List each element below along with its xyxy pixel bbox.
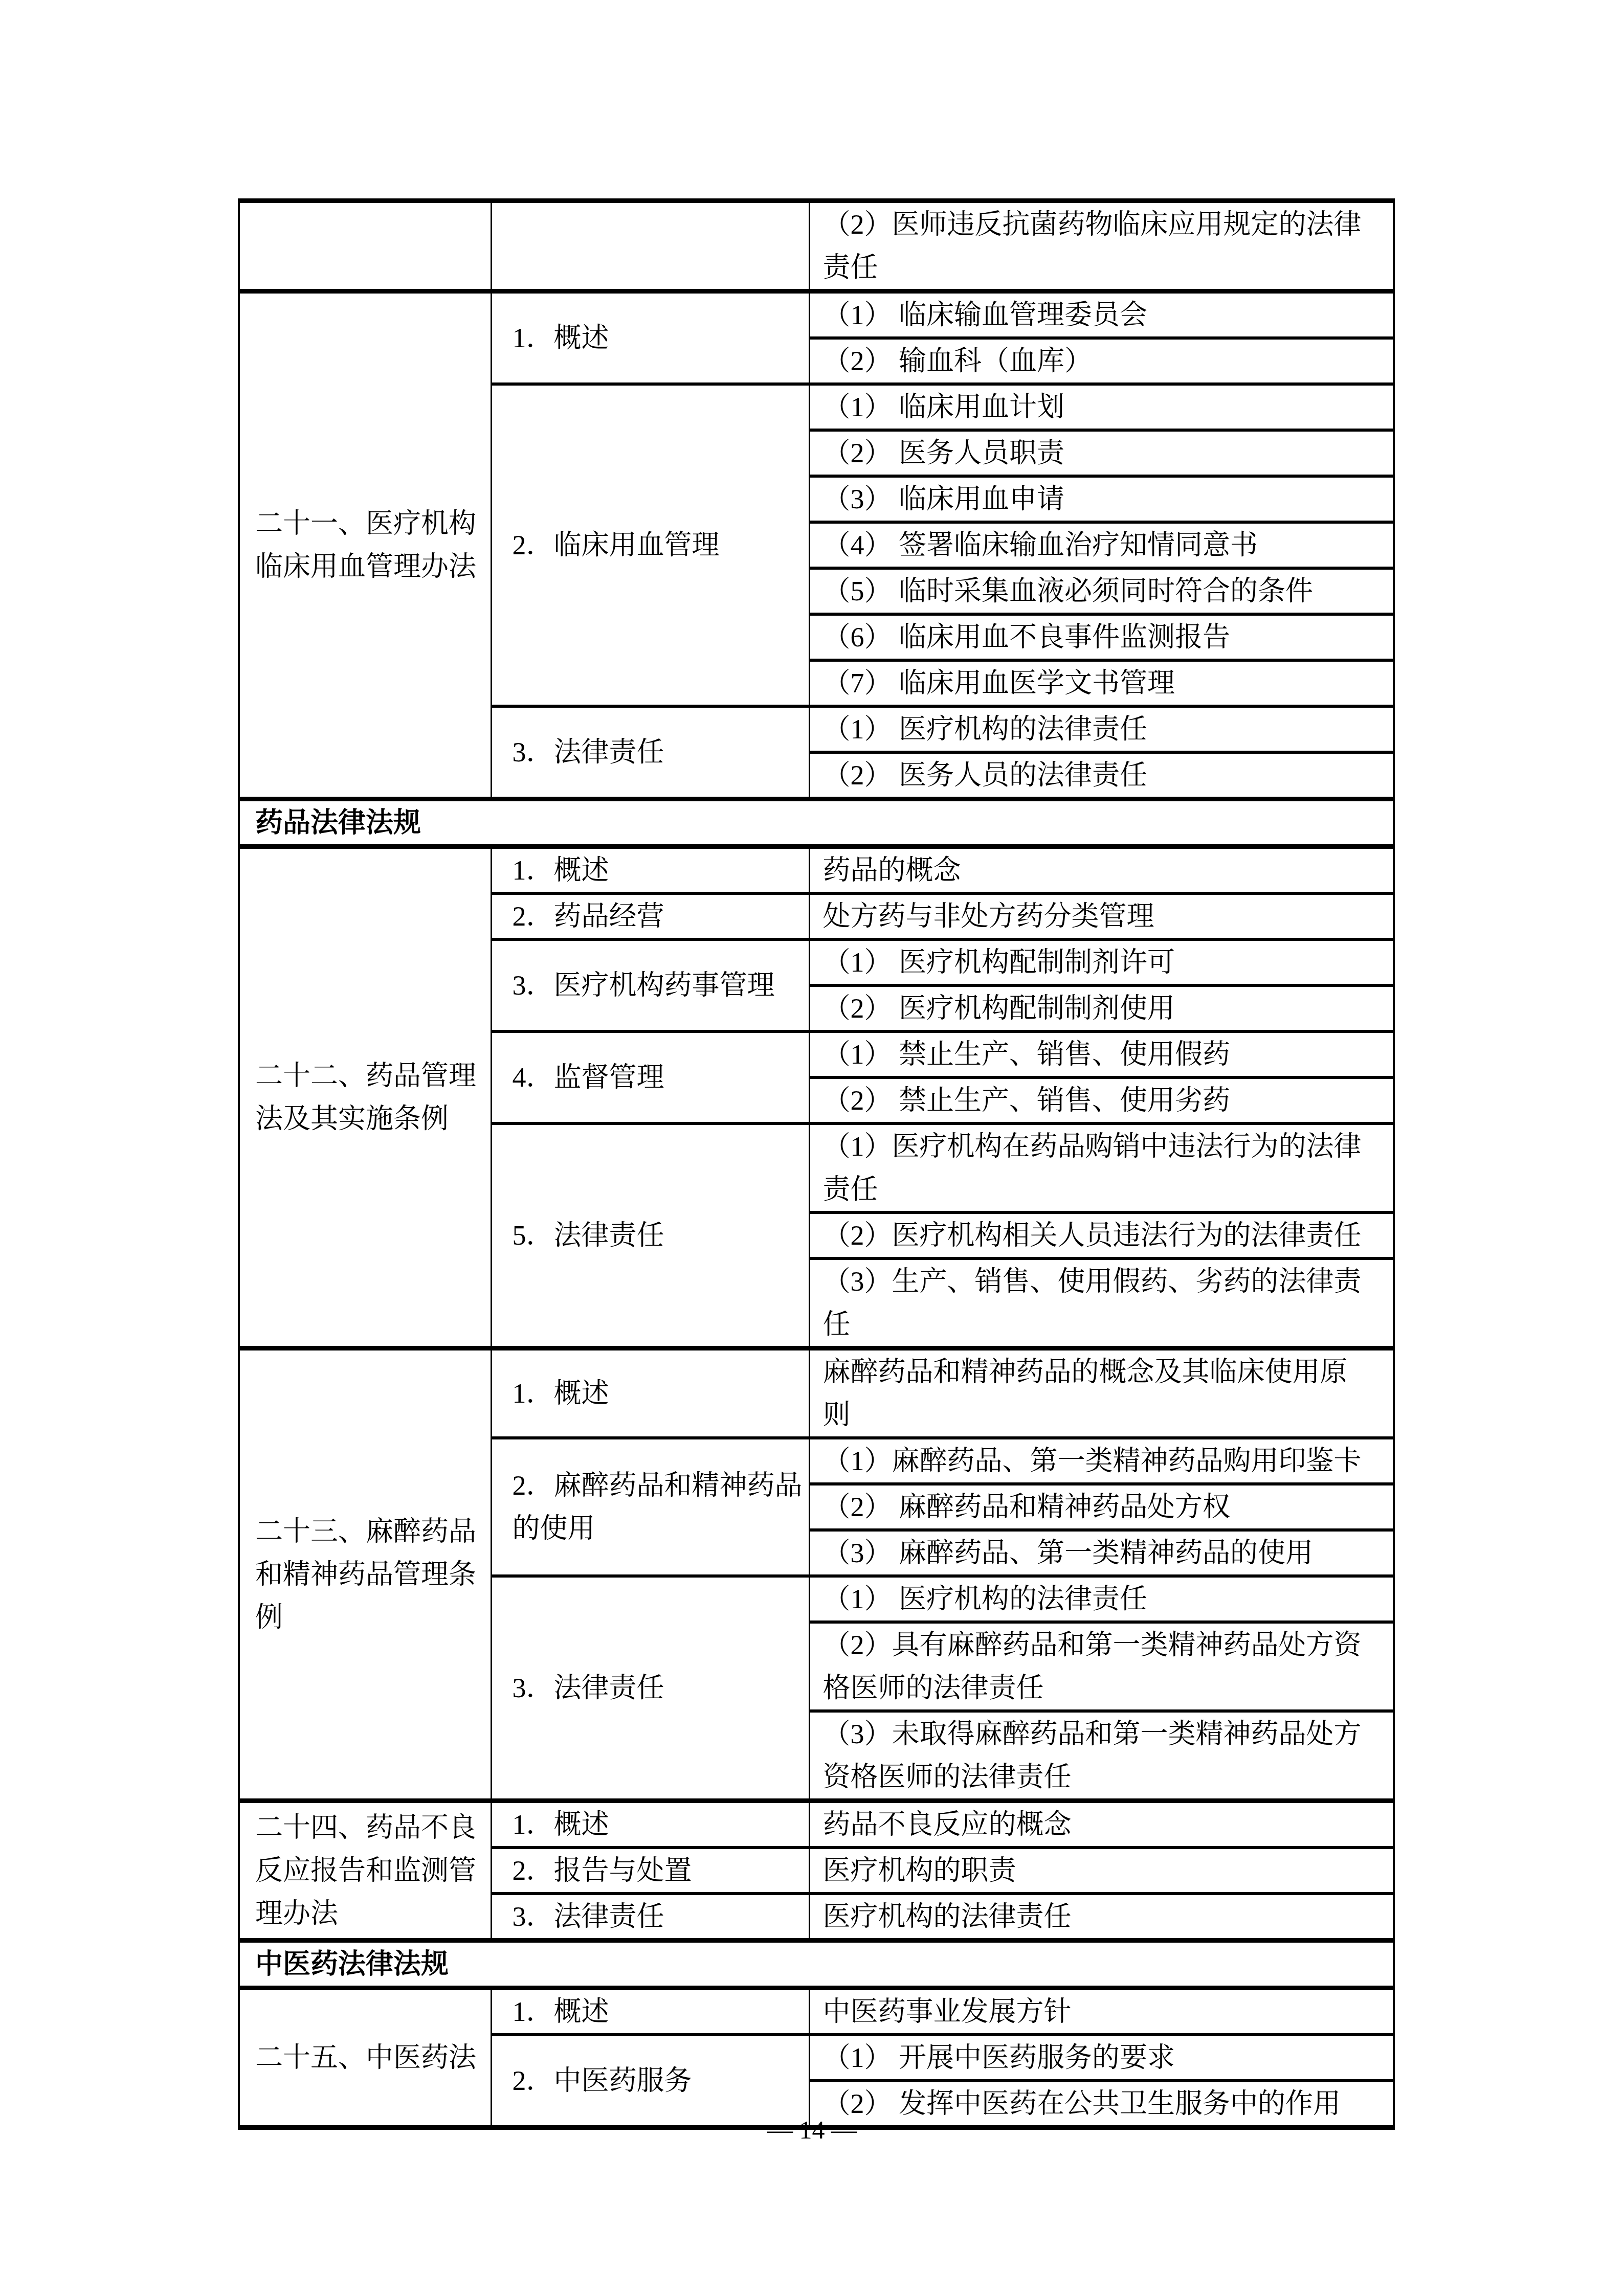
topic-label-cell: 1．概述 [491,1801,809,1848]
item-cell: 药品不良反应的概念 [809,1801,1394,1848]
topic-label-cell: 3．法律责任 [491,1894,809,1941]
category-title: 中医药法律法规 [239,1941,1394,1988]
item-cell: （5） 临时采集血液必须同时符合的条件 [809,568,1394,614]
table-row: 二十四、药品不良反应报告和监测管理办法1．概述药品不良反应的概念 [239,1801,1394,1848]
topic-label-cell: 1．概述 [491,847,809,894]
topic-label-cell: 3．法律责任 [491,1576,809,1801]
table-row: （2）医师违反抗菌药物临床应用规定的法律责任 [239,201,1394,291]
item-cell: （1） 医疗机构的法律责任 [809,1576,1394,1622]
chapter-title-cell: 二十一、医疗机构临床用血管理办法 [239,291,491,799]
category-header-row: 药品法律法规 [239,799,1394,847]
item-cell: 药品的概念 [809,847,1394,894]
item-cell: （6） 临床用血不良事件监测报告 [809,614,1394,660]
topic-label-cell: 3．法律责任 [491,706,809,799]
item-cell: （1） 医疗机构的法律责任 [809,706,1394,752]
item-cell: （2） 禁止生产、销售、使用劣药 [809,1077,1394,1123]
item-cell: （1） 临床输血管理委员会 [809,291,1394,339]
chapter-title-cell [239,201,491,291]
topic-label-cell: 1．概述 [491,291,809,385]
item-cell: （4） 签署临床输血治疗知情同意书 [809,522,1394,568]
item-cell: （2）具有麻醉药品和第一类精神药品处方资格医师的法律责任 [809,1622,1394,1711]
item-cell: （3）生产、销售、使用假药、劣药的法律责任 [809,1258,1394,1348]
table-row: 二十二、药品管理法及其实施条例1．概述药品的概念 [239,847,1394,894]
chapter-title-cell: 二十五、中医药法 [239,1988,491,2128]
item-cell: （2） 医疗机构配制制剂使用 [809,985,1394,1031]
topic-label-cell: 2．报告与处置 [491,1848,809,1894]
document-page: （2）医师违反抗菌药物临床应用规定的法律责任二十一、医疗机构临床用血管理办法1．… [0,0,1624,2296]
topic-label-cell: 4．监督管理 [491,1031,809,1123]
category-header-row: 中医药法律法规 [239,1941,1394,1988]
topic-label-cell: 1．概述 [491,1348,809,1438]
item-cell: （1） 开展中医药服务的要求 [809,2035,1394,2081]
chapter-title-cell: 二十二、药品管理法及其实施条例 [239,847,491,1348]
category-title: 药品法律法规 [239,799,1394,847]
item-cell: （1） 禁止生产、销售、使用假药 [809,1031,1394,1077]
topic-label-cell: 2．临床用血管理 [491,384,809,706]
topic-label-cell: 2．中医药服务 [491,2035,809,2128]
table-row: 二十五、中医药法1．概述中医药事业发展方针 [239,1988,1394,2035]
item-cell: （2）医师违反抗菌药物临床应用规定的法律责任 [809,201,1394,291]
item-cell: 医疗机构的法律责任 [809,1894,1394,1941]
syllabus-table: （2）医师违反抗菌药物临床应用规定的法律责任二十一、医疗机构临床用血管理办法1．… [238,198,1395,2130]
topic-label-cell: 5．法律责任 [491,1123,809,1348]
item-cell: （1） 临床用血计划 [809,384,1394,430]
topic-label-cell: 3．医疗机构药事管理 [491,939,809,1031]
table-row: 二十一、医疗机构临床用血管理办法1．概述（1） 临床输血管理委员会 [239,291,1394,339]
item-cell: （1）麻醉药品、第一类精神药品购用印鉴卡 [809,1438,1394,1484]
chapter-title-cell: 二十四、药品不良反应报告和监测管理办法 [239,1801,491,1941]
item-cell: （3）未取得麻醉药品和第一类精神药品处方资格医师的法律责任 [809,1711,1394,1801]
page-number: — 14 — [0,2114,1624,2145]
item-cell: 麻醉药品和精神药品的概念及其临床使用原则 [809,1348,1394,1438]
topic-label-cell [491,201,809,291]
topic-label-cell: 2．药品经营 [491,893,809,939]
item-cell: （7） 临床用血医学文书管理 [809,660,1394,706]
item-cell: （2）医疗机构相关人员违法行为的法律责任 [809,1212,1394,1258]
topic-label-cell: 1．概述 [491,1988,809,2035]
chapter-title-cell: 二十三、麻醉药品和精神药品管理条例 [239,1348,491,1801]
item-cell: （3） 临床用血申请 [809,476,1394,522]
item-cell: 中医药事业发展方针 [809,1988,1394,2035]
item-cell: （1）医疗机构在药品购销中违法行为的法律责任 [809,1123,1394,1212]
item-cell: 处方药与非处方药分类管理 [809,893,1394,939]
item-cell: （1） 医疗机构配制制剂许可 [809,939,1394,985]
item-cell: （2） 医务人员的法律责任 [809,752,1394,799]
item-cell: （2） 输血科（血库） [809,338,1394,384]
topic-label-cell: 2．麻醉药品和精神药品的使用 [491,1438,809,1576]
table-row: 二十三、麻醉药品和精神药品管理条例1．概述麻醉药品和精神药品的概念及其临床使用原… [239,1348,1394,1438]
item-cell: （2） 麻醉药品和精神药品处方权 [809,1484,1394,1530]
item-cell: （3） 麻醉药品、第一类精神药品的使用 [809,1530,1394,1576]
item-cell: 医疗机构的职责 [809,1848,1394,1894]
item-cell: （2） 医务人员职责 [809,430,1394,476]
